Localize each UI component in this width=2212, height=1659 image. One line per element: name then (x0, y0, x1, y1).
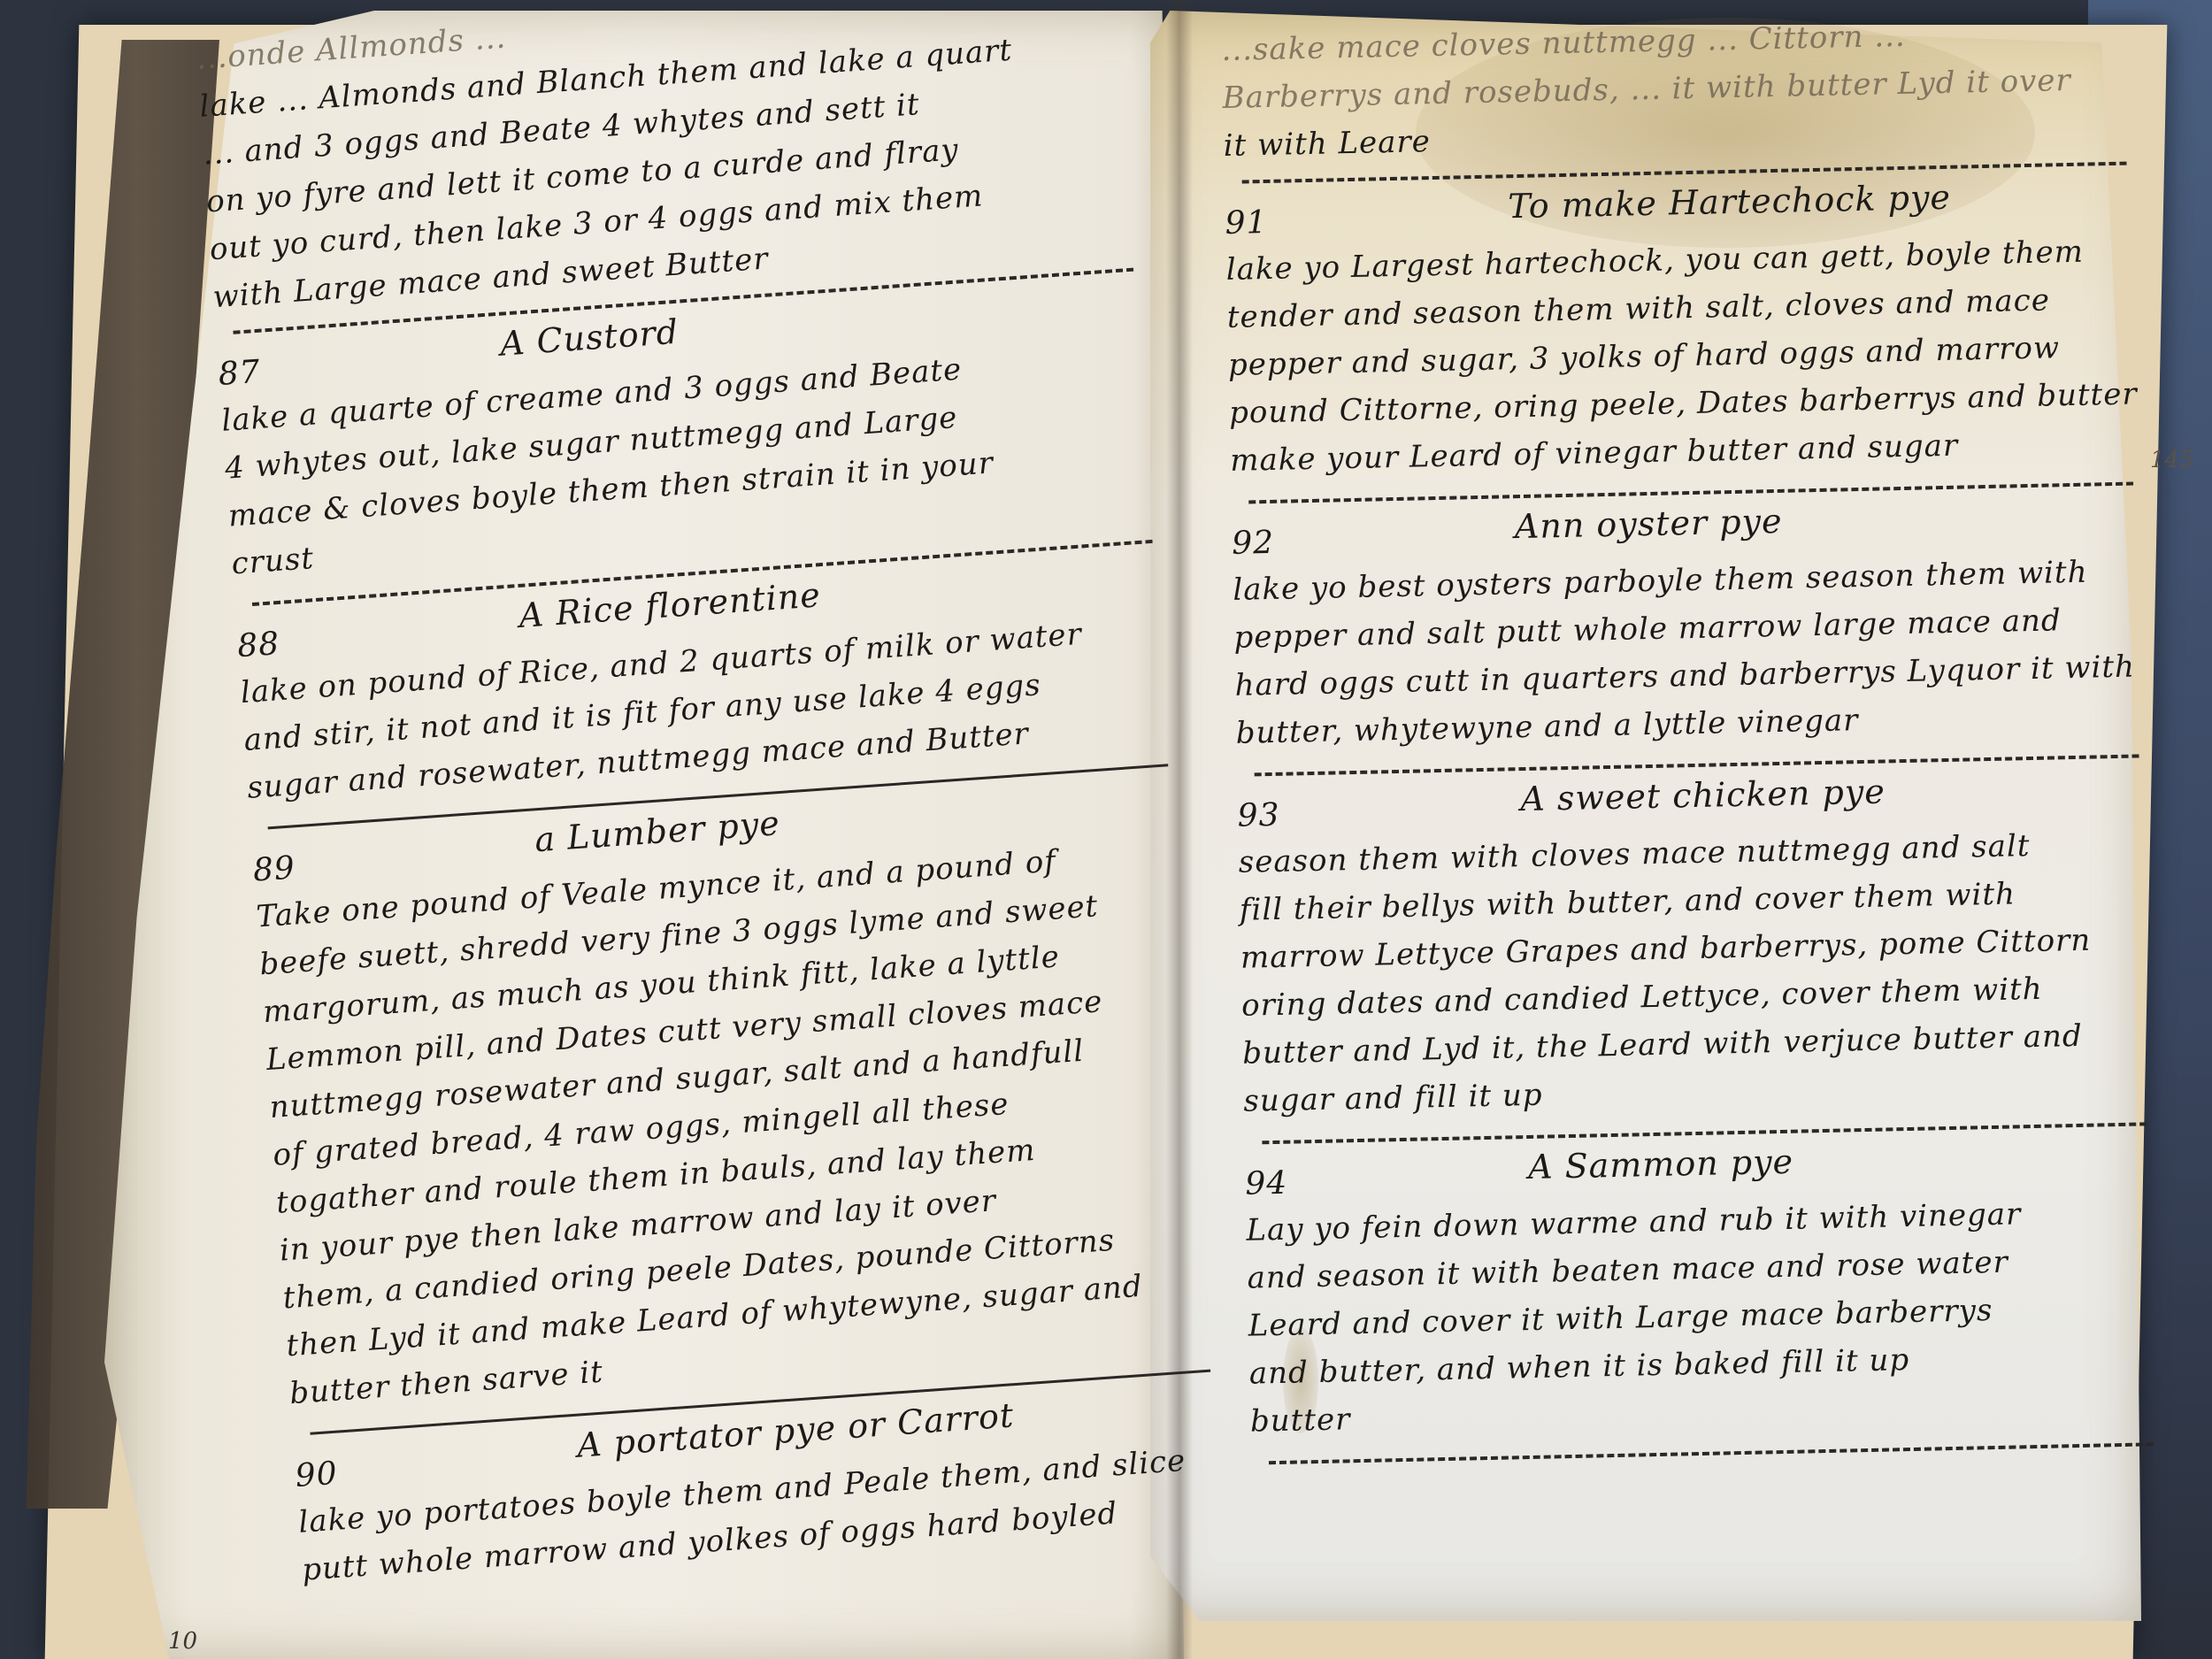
recipe-93: 93 A sweet chicken pye season them with … (1237, 766, 2182, 1125)
recipe-94: 94 A Sammon pye Lay yo fein down warme a… (1245, 1134, 2189, 1446)
recipe-number: 89 (252, 849, 297, 888)
continuation-block: ...sake mace cloves nuttmegg ... Cittorn… (1221, 7, 2162, 170)
margin-annotation: 145 (2150, 447, 2194, 473)
right-page-text: ...sake mace cloves nuttmegg ... Cittorn… (1221, 7, 2189, 1474)
recipe-91: 91 To make Hartechock pye lake yo Larges… (1225, 173, 2169, 485)
recipe-title: A Sammon pye (1528, 1142, 1794, 1187)
recipe-title: To make Hartechock pye (1508, 178, 1951, 226)
left-page-text: ...onde Allmonds ... lake ... Almonds an… (195, 0, 1257, 1600)
recipe-number: 92 (1232, 525, 1275, 562)
recipe-number: 88 (236, 626, 281, 664)
recipe-number: 93 (1237, 797, 1280, 834)
recipe-92: 92 Ann oyster pye lake yo best oysters p… (1232, 494, 2175, 757)
recipe-number: 87 (217, 354, 262, 393)
recipe-89: 89 a Lumber pye Take one pound of Veale … (251, 773, 1245, 1417)
recipe-number: 90 (294, 1455, 339, 1494)
margin-annotation: 10 (168, 1628, 197, 1655)
recipe-title: A sweet chicken pye (1520, 772, 1886, 818)
recipe-number: 94 (1245, 1165, 1288, 1202)
recipe-title: Ann oyster pye (1514, 502, 1782, 546)
recipe-number: 91 (1225, 204, 1268, 242)
